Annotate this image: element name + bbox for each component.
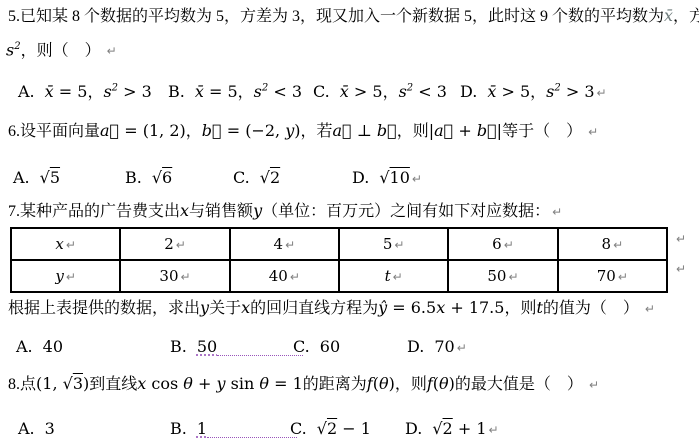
option-value: x̄ > 5，s2 > 3↵ [487,84,606,101]
option-letter: B. [125,168,142,187]
option-letter: C. [233,168,250,187]
q6-option-c: C.√2 [233,167,280,190]
option-letter: D. [352,168,369,187]
option-value: 60 [320,339,340,356]
q7-option-d: D.70↵ [407,336,467,359]
q7-stem: 7.某种产品的广告费支出x与销售额y（单位：百万元）之间有如下对应数据：↵ [8,200,562,223]
option-letter: A. [13,168,30,187]
option-letter: A. [18,419,35,438]
q8-stem: 8.点(1, √3)到直线x cos θ + y sin θ = 1的距离为f(… [8,373,599,396]
option-letter: D. [405,419,422,438]
q5-option-a: A.x̄ = 5，s2 > 3 [18,78,152,104]
table-cell: 70↵ [558,260,667,292]
option-value: √2 [260,170,280,187]
q5-option-b: B.x̄ = 5，s2 < 3 [168,78,302,104]
table-cell: x↵ [11,228,120,260]
q5-stem-line-2: s2，则（ ） ↵ [6,36,117,62]
option-value: √2 + 1↵ [432,421,498,438]
q5-option-c: C.x̄ > 5，s2 < 3 [313,78,447,104]
option-value: x̄ > 5，s2 < 3 [340,84,447,101]
table-cell: 4↵ [230,228,339,260]
table-row-x: x↵ 2↵ 4↵ 5↵ 6↵ 8↵ [11,228,667,260]
q8-option-b: B.1 [170,418,297,441]
option-value: x̄ = 5，s2 > 3 [45,84,152,101]
table-cell: 5↵ [339,228,448,260]
option-value: √10↵ [379,170,422,187]
q7-option-a: A.40 [16,336,63,359]
q6-stem: 6.设平面向量a⃗ = (1, 2)，b⃗ = (−2, y)，若a⃗ ⊥ b⃗… [8,120,598,143]
table-cell: 40↵ [230,260,339,292]
q5-option-d: D.x̄ > 5，s2 > 3↵ [460,78,607,104]
q5-stem-line-1: 5.已知某 8 个数据的平均数为 5，方差为 3，现又加入一个新数据 5，此时这… [8,5,699,28]
option-letter: B. [170,337,187,356]
option-letter: D. [460,82,477,101]
table-cell: 30↵ [120,260,229,292]
q7-option-c: C.60 [293,336,340,359]
q6-option-b: B.√6 [125,167,172,190]
option-value: x̄ = 5，s2 < 3 [195,84,302,101]
option-value: 1 [197,421,297,438]
table-cell: 50↵ [448,260,557,292]
q7-stem-line-2: 根据上表提供的数据，求出y关于x的回归直线方程为ŷ = 6.5x + 17.5，… [8,297,655,320]
q6-option-a: A.√5 [13,167,60,190]
option-letter: D. [407,337,424,356]
table-cell: 6↵ [448,228,557,260]
table-cell: 8↵ [558,228,667,260]
q8-option-d: D.√2 + 1↵ [405,418,499,441]
option-value: 50 [197,339,303,356]
option-value: 40 [43,339,63,356]
table-cell: y↵ [11,260,120,292]
table-cell: 2↵ [120,228,229,260]
q6-option-d: D.√10↵ [352,167,422,190]
document-page: 5.已知某 8 个数据的平均数为 5，方差为 3，现又加入一个新数据 5，此时这… [0,0,699,447]
option-letter: B. [168,82,185,101]
option-value: 3 [45,421,55,438]
table-cell: t↵ [339,260,448,292]
option-value: √5 [40,170,60,187]
option-letter: A. [18,82,35,101]
option-value: √2 − 1 [317,421,371,438]
option-letter: B. [170,419,187,438]
option-value: 70↵ [434,339,466,356]
option-value: √6 [152,170,172,187]
pilcrow-mark: ↵ [676,232,686,246]
option-letter: A. [16,337,33,356]
q8-option-a: A.3 [18,418,55,441]
q7-option-b: B.50 [170,336,303,359]
table-row-y: y↵ 30↵ 40↵ t↵ 50↵ 70↵ [11,260,667,292]
q8-option-c: C.√2 − 1 [290,418,371,441]
option-letter: C. [293,337,310,356]
pilcrow-mark: ↵ [676,262,686,276]
q7-data-table: x↵ 2↵ 4↵ 5↵ 6↵ 8↵ y↵ 30↵ 40↵ t↵ 50↵ 70↵ [10,227,668,293]
option-letter: C. [313,82,330,101]
option-letter: C. [290,419,307,438]
